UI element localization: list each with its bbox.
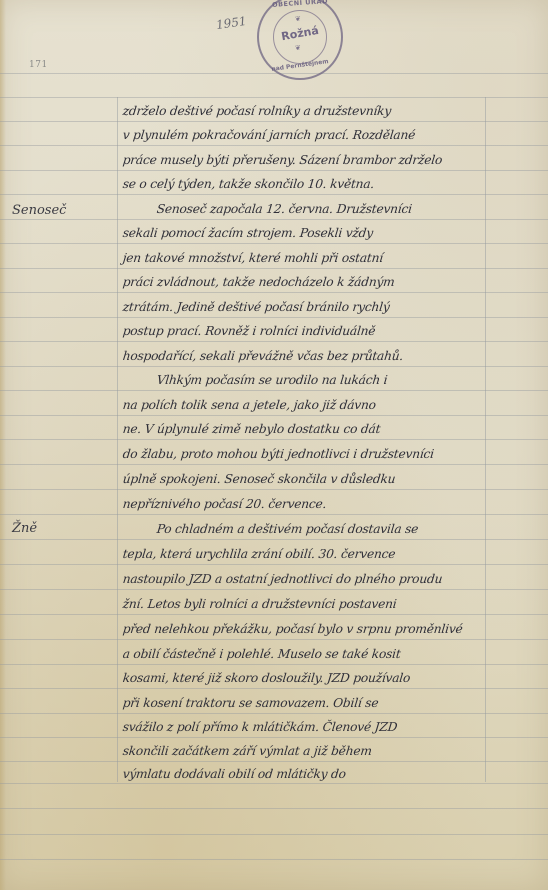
text-line: ztrátám. Jedině deštivé počasí bránilo r… xyxy=(122,300,483,314)
ruled-line xyxy=(0,859,548,860)
text-line: se o celý týden, takže skončilo 10. květ… xyxy=(122,177,483,191)
ruled-line xyxy=(0,415,548,416)
text-line: výmlatu dodávali obilí od mlátičky do xyxy=(122,767,483,781)
stamp-ornament-icon: ❦ xyxy=(295,15,301,23)
ruled-line xyxy=(0,439,548,440)
text-line: svážilo z polí přímo k mlátičkám. Členov… xyxy=(122,720,483,734)
ruled-line xyxy=(0,761,548,762)
margin-note-zne: Žně xyxy=(12,521,37,536)
municipal-stamp: OBECNÍ ÚŘAD ❦ Rožná ❦ nad Pernštejnem xyxy=(257,0,343,80)
margin-note-senosec: Senoseč xyxy=(12,203,66,218)
stamp-top-text: OBECNÍ ÚŘAD xyxy=(259,0,341,10)
text-line: ne. V úplynulé zimě nebylo dostatku co d… xyxy=(122,422,483,436)
ruled-line xyxy=(0,366,548,367)
text-line: žní. Letos byli rolníci a družstevníci p… xyxy=(122,597,483,611)
text-line: na polích tolik sena a jetele, jako již … xyxy=(122,398,483,412)
text-line: zdrželo deštivé počasí rolníky a družste… xyxy=(122,104,483,118)
text-line: Vlhkým počasím se urodilo na lukách i xyxy=(122,373,517,387)
ruled-line xyxy=(0,194,548,195)
text-line: skončili začátkem září výmlat a již běhe… xyxy=(122,744,483,758)
ruled-line xyxy=(0,539,548,540)
text-line: hospodařící, sekali převážně včas bez pr… xyxy=(122,349,483,363)
ruled-line xyxy=(0,614,548,615)
text-line: v plynulém pokračování jarních prací. Ro… xyxy=(122,128,483,142)
ruled-line xyxy=(0,317,548,318)
text-line: kosami, které již skoro dosloužily. JZD … xyxy=(122,671,483,685)
text-line: práci zvládnout, takže nedocházelo k žád… xyxy=(122,275,483,289)
text-line: před nelehkou překážku, počasí bylo v sr… xyxy=(122,622,483,636)
text-line: práce musely býti přerušeny. Sázení bram… xyxy=(122,153,483,167)
text-line: jen takové množství, které mohli při ost… xyxy=(122,251,483,265)
text-line: při kosení traktoru se samovazem. Obilí … xyxy=(122,696,483,710)
text-line: Senoseč započala 12. června. Družstevníc… xyxy=(122,202,517,216)
text-line: sekali pomocí žacím strojem. Posekli vžd… xyxy=(122,226,483,240)
page-number: 171 xyxy=(29,60,48,70)
ruled-line xyxy=(0,737,548,738)
ruled-line xyxy=(0,97,548,98)
year-heading: 1951 xyxy=(215,14,247,32)
text-line: do žlabu, proto mohou býti jednotlivci i… xyxy=(122,447,483,461)
paper-edge xyxy=(0,0,6,890)
ruled-line xyxy=(0,121,548,122)
text-line: postup prací. Rovněž i rolníci individuá… xyxy=(122,324,483,338)
left-margin-line xyxy=(117,97,118,782)
ruled-line xyxy=(0,514,548,515)
text-line: Po chladném a deštivém počasí dostavila … xyxy=(122,522,517,536)
stamp-ornament-icon: ❦ xyxy=(295,44,301,52)
ruled-line xyxy=(0,688,548,689)
text-line: nepříznivého počasí 20. července. xyxy=(122,497,483,511)
ruled-line xyxy=(0,341,548,342)
ruled-line xyxy=(0,292,548,293)
right-margin-line xyxy=(485,97,486,782)
ruled-line xyxy=(0,639,548,640)
ruled-line xyxy=(0,268,548,269)
ruled-line xyxy=(0,243,548,244)
document-page: 1951 171 OBECNÍ ÚŘAD ❦ Rožná ❦ nad Pernš… xyxy=(0,0,548,890)
ruled-line xyxy=(0,808,548,809)
ruled-line xyxy=(0,664,548,665)
ruled-line xyxy=(0,783,548,784)
ruled-line xyxy=(0,170,548,171)
text-line: úplně spokojeni. Senoseč skončila v důsl… xyxy=(122,472,483,486)
ruled-line xyxy=(0,390,548,391)
ruled-line xyxy=(0,464,548,465)
ruled-line xyxy=(0,564,548,565)
ruled-line xyxy=(0,219,548,220)
ruled-line xyxy=(0,713,548,714)
text-line: a obilí částečně i polehlé. Muselo se ta… xyxy=(122,647,483,661)
ruled-line xyxy=(0,145,548,146)
ruled-line xyxy=(0,73,548,74)
text-line: nastoupilo JZD a ostatní jednotlivci do … xyxy=(122,572,483,586)
text-line: tepla, která urychlila zrání obilí. 30. … xyxy=(122,547,483,561)
ruled-line xyxy=(0,834,548,835)
ruled-line xyxy=(0,489,548,490)
ruled-line xyxy=(0,589,548,590)
